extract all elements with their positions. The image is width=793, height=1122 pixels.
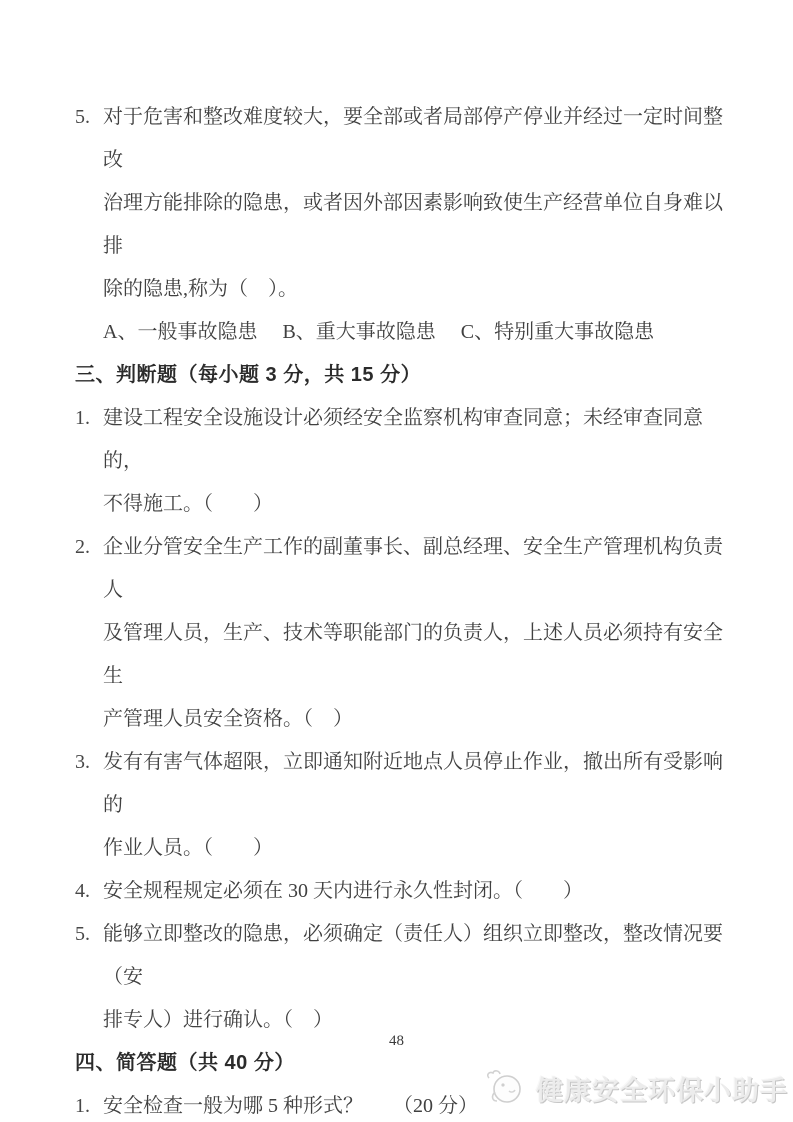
- question-text-line: 安全规程规定必须在 30 天内进行永久性封闭。（ ）: [103, 870, 725, 913]
- question-number: 5.: [75, 913, 103, 999]
- judgment-question-1: 1. 建设工程安全设施设计必须经安全监察机构审查同意；未经审查同意的，: [75, 397, 725, 483]
- question-text-line: 建设工程安全设施设计必须经安全监察机构审查同意；未经审查同意的，: [103, 397, 725, 483]
- choice-options: A、一般事故隐患 B、重大事故隐患 C、特别重大事故隐患: [75, 311, 725, 354]
- page-number: 48: [0, 1033, 793, 1050]
- assistant-mascot-icon: [483, 1068, 529, 1108]
- question-number: 1.: [75, 1085, 103, 1122]
- question-text-line: 能够立即整改的隐患，必须确定（责任人）组织立即整改，整改情况要（安: [103, 913, 725, 999]
- question-text-line: 对于危害和整改难度较大，要全部或者局部停产停业并经过一定时间整改: [103, 96, 725, 182]
- question-text-line: 发有有害气体超限，立即通知附近地点人员停止作业，撤出所有受影响的: [103, 741, 725, 827]
- question-text-line: 企业分管安全生产工作的副董事长、副总经理、安全生产管理机构负责人: [103, 526, 725, 612]
- question-number: 2.: [75, 526, 103, 612]
- question-number: 1.: [75, 397, 103, 483]
- question-text-line: 除的隐患,称为（ ）。: [75, 268, 725, 311]
- question-number: 4.: [75, 870, 103, 913]
- exam-page: 5. 对于危害和整改难度较大，要全部或者局部停产停业并经过一定时间整改 治理方能…: [0, 0, 793, 1122]
- watermark: 健康安全环保小助手: [483, 1068, 788, 1108]
- question-number: 3.: [75, 741, 103, 827]
- judgment-question-3: 3. 发有有害气体超限，立即通知附近地点人员停止作业，撤出所有受影响的: [75, 741, 725, 827]
- question-number: 5.: [75, 96, 103, 182]
- judgment-question-2: 2. 企业分管安全生产工作的副董事长、副总经理、安全生产管理机构负责人: [75, 526, 725, 612]
- question-text-line: 不得施工。（ ）: [75, 483, 725, 526]
- judgment-question-4: 4. 安全规程规定必须在 30 天内进行永久性封闭。（ ）: [75, 870, 725, 913]
- question-text-line: 作业人员。（ ）: [75, 827, 725, 870]
- exam-content: 5. 对于危害和整改难度较大，要全部或者局部停产停业并经过一定时间整改 治理方能…: [75, 96, 725, 1122]
- question-text-line: 及管理人员，生产、技术等职能部门的负责人，上述人员必须持有安全生: [75, 612, 725, 698]
- question-text-line: 产管理人员安全资格。（ ）: [75, 698, 725, 741]
- question-text-line: 治理方能排除的隐患，或者因外部因素影响致使生产经营单位自身难以排: [75, 182, 725, 268]
- section-judgment-title: 三、判断题（每小题 3 分，共 15 分）: [75, 354, 725, 397]
- choice-question-5: 5. 对于危害和整改难度较大，要全部或者局部停产停业并经过一定时间整改: [75, 96, 725, 182]
- watermark-text: 健康安全环保小助手: [536, 1069, 788, 1108]
- judgment-question-5: 5. 能够立即整改的隐患，必须确定（责任人）组织立即整改，整改情况要（安: [75, 913, 725, 999]
